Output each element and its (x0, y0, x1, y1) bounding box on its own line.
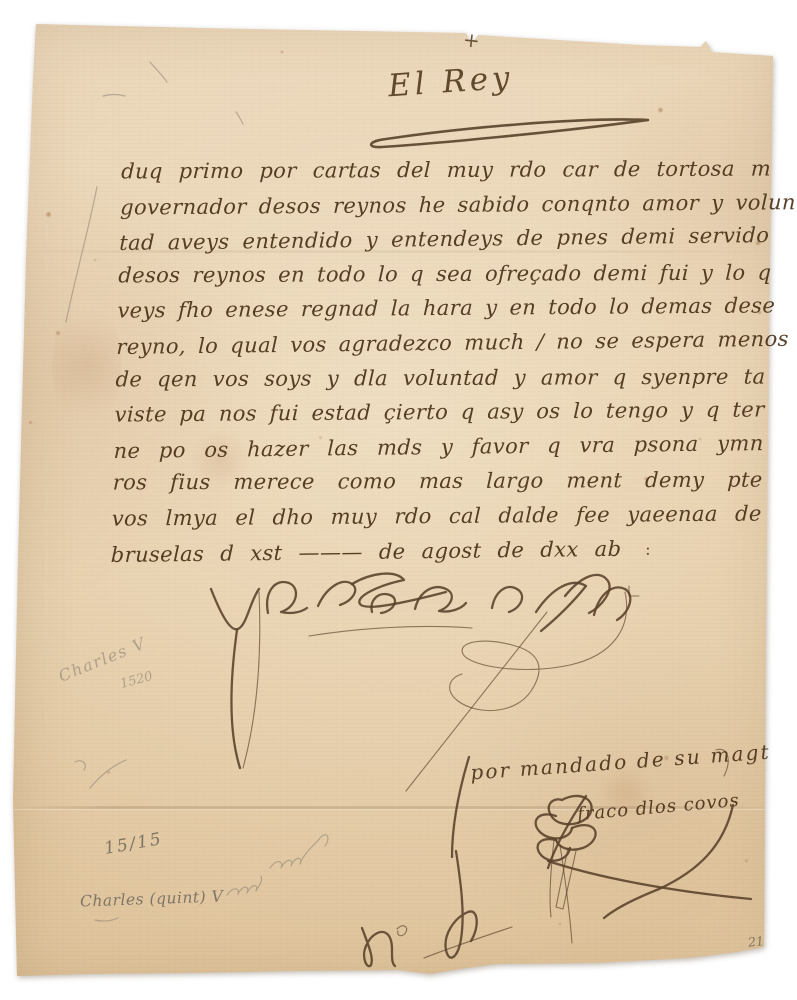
ink-colon-mark: : (645, 540, 651, 560)
pencil-annotation-year: 1520 (119, 669, 155, 692)
pencil-annotation-charles-quint: Charles (quint) V (80, 888, 224, 911)
pencil-annotation-fraction: 15/15 (103, 829, 165, 859)
letter-line: desos reynos en todo lo q sea ofreçado d… (118, 255, 769, 292)
heading-underline-flourish (371, 119, 648, 147)
letter-line: reyno, lo qual vos agradezco much / no s… (116, 322, 767, 365)
letter-line: tad aveys entendido y entendeys de pnes … (119, 218, 770, 261)
secretary-signature: fraco dlos covos (576, 790, 740, 825)
letter-line: vos lmya el dho muy rdo cal dalde fee ya… (111, 496, 762, 536)
letter-line: ros fius merece como mas largo ment demy… (112, 463, 763, 500)
letter-line: ne po os hazer las mds y favor q vra pso… (113, 426, 764, 469)
letter-dateline: bruselas d xst ——— de agost de dxx ab (110, 530, 761, 573)
letter-line: de qen vos soys y dla voluntad y amor q … (115, 359, 766, 396)
letter-body: duq primo por cartas del muy rdo car de … (110, 150, 771, 570)
photograph-background: + El Rey duq primo por cartas del muy rd… (0, 0, 797, 1000)
benediction-cross: + (462, 27, 481, 53)
manuscript-content: + El Rey duq primo por cartas del muy rd… (0, 0, 797, 1000)
pencil-page-number: 21 (747, 933, 764, 950)
bottom-ink-marks (362, 851, 512, 966)
letter-line: duq primo por cartas del muy rdo car de … (121, 152, 772, 189)
letter-heading: El Rey (387, 60, 515, 105)
countersign-line: por mandado de su magt (470, 740, 772, 785)
